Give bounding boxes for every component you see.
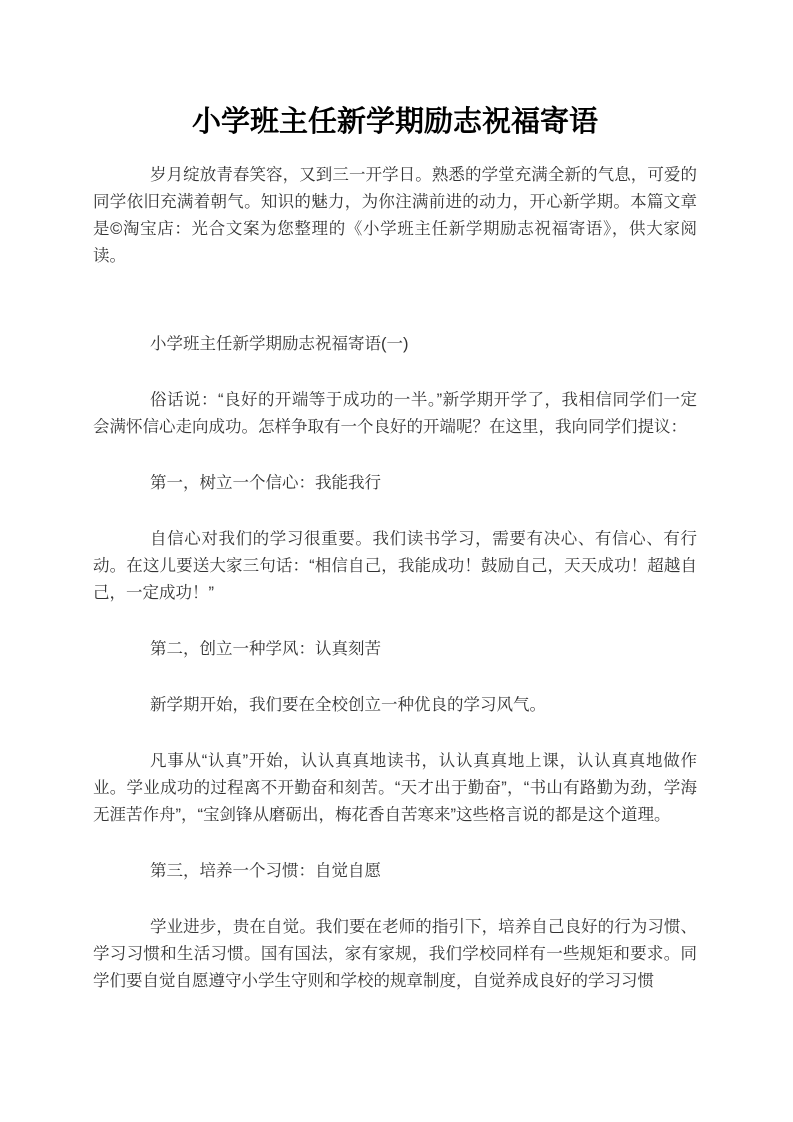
document-title: 小学班主任新学期励志祝福寄语: [93, 104, 697, 140]
point-heading: 第三，培养一个习惯：自觉自愿: [93, 858, 697, 885]
body-paragraph: 凡事从“认真”开始，认认真真地读书，认认真真地上课，认认真真地做作业。学业成功的…: [93, 748, 697, 829]
intro-paragraph: 岁月绽放青春笑容，又到三一开学日。熟悉的学堂充满全新的气息，可爱的同学依旧充满着…: [93, 162, 697, 270]
document-page: 小学班主任新学期励志祝福寄语 岁月绽放青春笑容，又到三一开学日。熟悉的学堂充满全…: [0, 0, 793, 1122]
point-heading: 第一，树立一个信心：我能我行: [93, 470, 697, 497]
document-body: 岁月绽放青春笑容，又到三一开学日。熟悉的学堂充满全新的气息，可爱的同学依旧充满着…: [93, 162, 697, 995]
point-heading: 第二，创立一种学风：认真刻苦: [93, 636, 697, 663]
body-paragraph: 新学期开始，我们要在全校创立一种优良的学习风气。: [93, 692, 697, 719]
section-heading: 小学班主任新学期励志祝福寄语(一): [93, 331, 697, 358]
body-paragraph: 学业进步，贵在自觉。我们要在老师的指引下，培养自己良好的行为习惯、学习习惯和生活…: [93, 914, 697, 995]
body-paragraph: 俗话说：“良好的开端等于成功的一半。”新学期开学了，我相信同学们一定会满怀信心走…: [93, 387, 697, 441]
body-paragraph: 自信心对我们的学习很重要。我们读书学习，需要有决心、有信心、有行动。在这儿要送大…: [93, 526, 697, 607]
